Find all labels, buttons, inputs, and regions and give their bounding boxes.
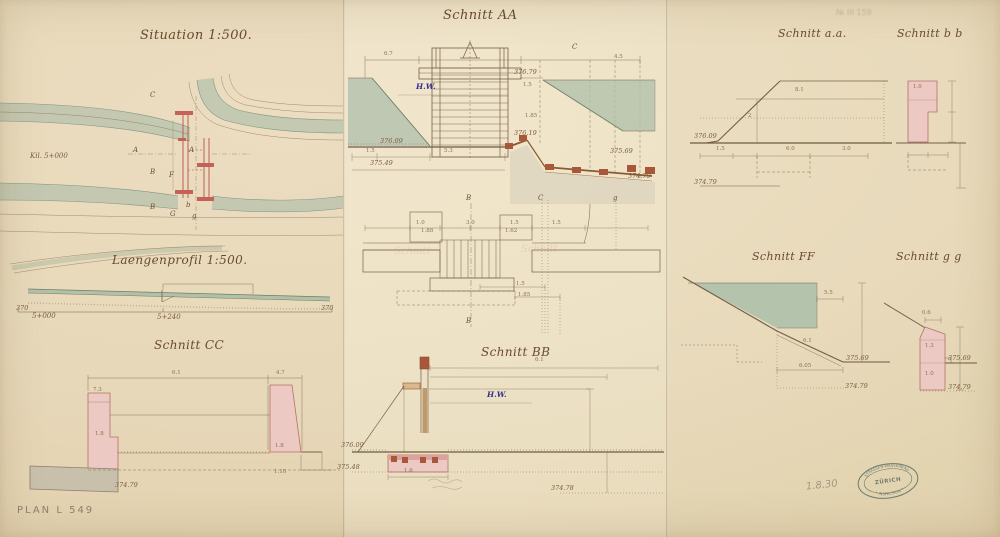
- sit-letter-g-small: g: [192, 213, 196, 220]
- aa2-elev-ground: 376.09: [694, 133, 717, 140]
- plan-letter-b-top: B: [466, 195, 471, 202]
- bb2-dim: 1.0: [913, 85, 922, 91]
- ff-dim-base: 6.05: [799, 364, 811, 370]
- gg-dim-low: 1.0: [925, 372, 934, 378]
- aa-dim-15: 1.5: [523, 83, 532, 89]
- ff-dim-slope: 6.1: [803, 339, 812, 345]
- cc-dim-right: 4.7: [276, 371, 285, 377]
- bb-elev-found: 375.48: [337, 464, 360, 471]
- plan-ghost-1: Schnitt: [394, 247, 431, 257]
- plan-number: PLAN L 549: [17, 506, 94, 516]
- plan-dim-8: 1.85: [518, 293, 530, 299]
- plan-dim-6: 1.62: [505, 229, 517, 235]
- gg-dim-mid: 1.3: [925, 344, 934, 350]
- cc-dim-width: 6.1: [172, 371, 181, 377]
- situation-title: Situation 1:500.: [140, 29, 252, 42]
- profile-elev-left: 370: [16, 305, 28, 312]
- bb-dim-top: 6.1: [535, 358, 544, 364]
- ff-elev-found: 374.79: [845, 383, 868, 390]
- sit-letter-b-small: b: [186, 202, 190, 209]
- drawing-layer: STRASSEN-WASSERBAU * INSPECTION * ZÜRICH: [0, 0, 1000, 537]
- ff-elev-sill: 375.69: [846, 355, 869, 362]
- laengenprofil: [18, 284, 332, 312]
- aa-elev-sill: 375.69: [610, 148, 633, 155]
- schnitt-cc: [30, 375, 340, 492]
- bb-hw-label: H.W.: [487, 391, 507, 399]
- ff-dim-top: 5.5: [824, 291, 833, 297]
- svg-text:* INSPECTION *: * INSPECTION *: [874, 486, 904, 498]
- aa2-dim-3: 3.0: [842, 147, 851, 153]
- stamp-city-text: ZÜRICH: [874, 476, 901, 487]
- schnitt-aa: [348, 40, 655, 204]
- aa-elev-crest: 376.79: [514, 69, 537, 76]
- schnitt-cc-title: Schnitt CC: [154, 339, 224, 351]
- cc-dim-rwall2: 1.10: [274, 470, 286, 476]
- gg-elev-found: 374.79: [948, 384, 971, 391]
- cc-dim-wall-top: 7.3: [93, 388, 102, 394]
- cc-dim-rwall: 1.8: [275, 444, 284, 450]
- profile-station-mid: 5+240: [157, 314, 181, 321]
- sit-letter-a1: A: [133, 147, 138, 154]
- bb-elev-ground: 376.09: [341, 442, 364, 449]
- aa-elev-apron: 376.19: [514, 130, 537, 137]
- aa-dim-left: 6.7: [384, 52, 393, 58]
- aa2-dim-1: 1.5: [716, 147, 725, 153]
- bb-elev-bottom: 374.78: [551, 485, 574, 492]
- schnitt-aa-right: [690, 81, 892, 186]
- aa-letter-c: C: [572, 44, 577, 51]
- aa2-dim-top: 8.1: [795, 88, 804, 94]
- inspection-stamp: STRASSEN-WASSERBAU * INSPECTION * ZÜRICH: [856, 459, 920, 502]
- cc-elevation: 374.79: [115, 482, 138, 489]
- aa2-elev-bottom: 374.79: [694, 179, 717, 186]
- plan-sheet: STRASSEN-WASSERBAU * INSPECTION * ZÜRICH…: [0, 0, 1000, 537]
- plan-letter-c: C: [538, 195, 543, 202]
- stamp-bottom-text: * INSPECTION *: [874, 486, 904, 498]
- profile-station-left: 5+000: [32, 313, 56, 320]
- sit-letter-c: C: [150, 92, 155, 99]
- sit-letter-g1: G: [170, 211, 176, 218]
- schnitt-bb-right: [896, 81, 966, 188]
- plan-dim-4: 1.5: [552, 221, 561, 227]
- aa-elev-floor: 374.79: [628, 173, 651, 180]
- plan-letter-g: g: [613, 195, 617, 202]
- plan-dim-2: 3.0: [466, 221, 475, 227]
- aa-elev-foot: 375.49: [370, 160, 393, 167]
- plan-dim-1: 1.0: [416, 221, 425, 227]
- aa-dim-right: 4.5: [614, 55, 623, 61]
- pencil-number: № III 159: [836, 9, 872, 17]
- gg-elev-sill: 375.69: [948, 355, 971, 362]
- profile-elev-right: 370: [321, 305, 333, 312]
- schnitt-aa2-title: Schnitt a.a.: [778, 28, 847, 39]
- bb-dim-slab: 1.6: [404, 469, 413, 475]
- laengenprofil-title: Laengenprofil 1:500.: [112, 254, 247, 266]
- cc-dim-wall-base: 1.8: [95, 432, 104, 438]
- kilometer-label: Kil. 5+000: [30, 153, 68, 160]
- gg-dim-top: 0.6: [922, 311, 931, 317]
- sit-letter-a2: A: [189, 147, 194, 154]
- schnitt-aa-title: Schnitt AA: [443, 9, 517, 22]
- plan-dim-3: 1.5: [510, 221, 519, 227]
- aa-dim-bottom2: 5.3: [444, 149, 453, 155]
- schnitt-gg-title: Schnitt g g: [896, 251, 962, 262]
- plan-letter-b-bottom: B: [466, 318, 471, 325]
- sit-letter-b1: B: [150, 169, 155, 176]
- needle-weir-gate: [419, 40, 521, 160]
- schnitt-bb: [352, 357, 664, 493]
- aa2-dim-2: 6.0: [786, 147, 795, 153]
- plan-dim-5: 1.88: [421, 229, 433, 235]
- aa-dim-185: 1.85: [525, 114, 537, 120]
- sit-letter-b2: B: [150, 204, 155, 211]
- plan-ghost-2: Schnitt: [521, 245, 558, 255]
- schnitt-bb2-title: Schnitt b b: [897, 28, 963, 39]
- aa2-dim-height: 2: [748, 114, 752, 120]
- schnitt-ff-title: Schnitt FF: [752, 251, 815, 262]
- aa-dim-bottom1: 1.5: [366, 149, 375, 155]
- aa-elev-ground: 376.09: [380, 138, 403, 145]
- plan-dim-7: 1.5: [516, 282, 525, 288]
- sit-letter-f: F: [169, 172, 174, 179]
- aa-hw-label: H.W.: [416, 83, 436, 91]
- schnitt-ff: [681, 277, 890, 388]
